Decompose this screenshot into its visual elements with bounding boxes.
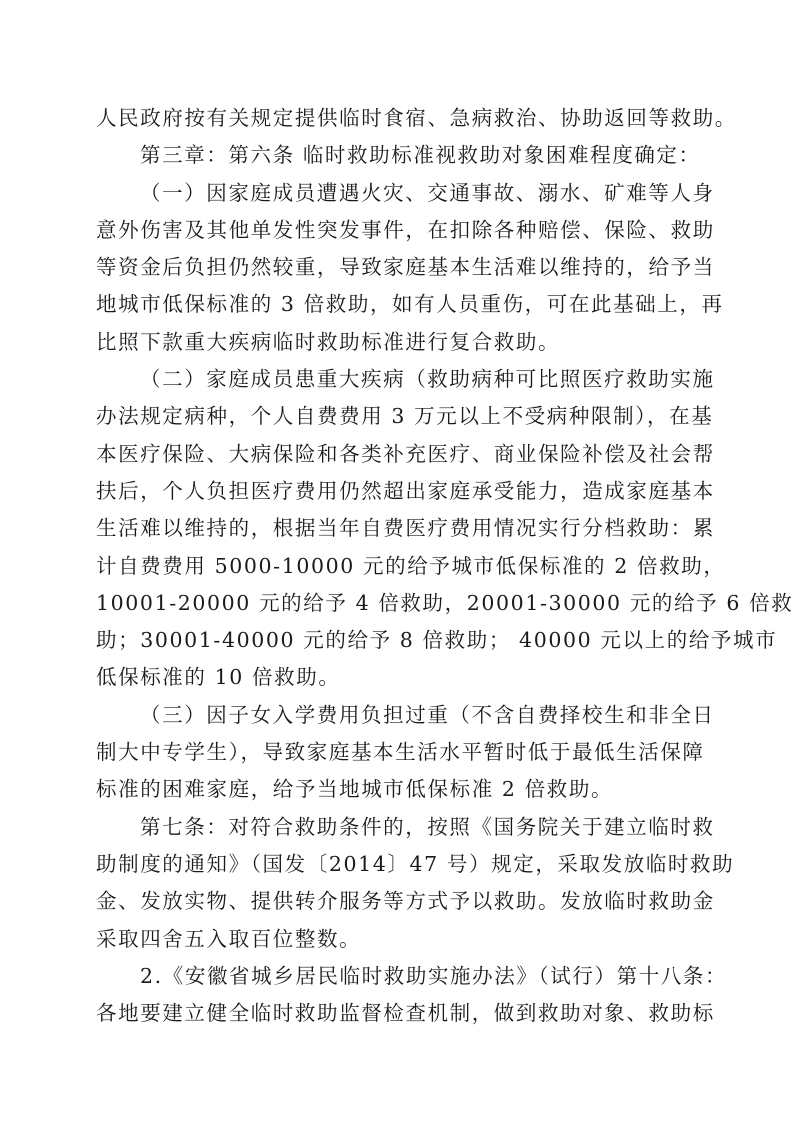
text-line: 比照下款重大疾病临时救助标准进行复合救助。 bbox=[96, 324, 702, 361]
text-line: 生活难以维持的，根据当年自费医疗费用情况实行分档救助：累 bbox=[96, 510, 702, 547]
text-line: 地城市低保标准的 3 倍救助，如有人员重伤，可在此基础上，再 bbox=[96, 286, 702, 323]
text-line: （二）家庭成员患重大疾病（救助病种可比照医疗救助实施 bbox=[96, 361, 702, 398]
text-line: 2.《安徽省城乡居民临时救助实施办法》（试行）第十八条： bbox=[96, 958, 702, 995]
text-line: 各地要建立健全临时救助监督检查机制，做到救助对象、救助标 bbox=[96, 995, 702, 1032]
text-line: 计自费费用 5000-10000 元的给予城市低保标准的 2 倍救助， bbox=[96, 548, 702, 585]
chapter-heading: 第三章：第六条 临时救助标准视救助对象困难程度确定： bbox=[96, 137, 702, 174]
text-line: 10001-20000 元的给予 4 倍救助，20001-30000 元的给予 … bbox=[96, 585, 702, 622]
text-line: 等资金后负担仍然较重，导致家庭基本生活难以维持的，给予当 bbox=[96, 249, 702, 286]
text-line: （三）因子女入学费用负担过重（不含自费择校生和非全日 bbox=[96, 697, 702, 734]
text-line: 扶后，个人负担医疗费用仍然超出家庭承受能力，造成家庭基本 bbox=[96, 473, 702, 510]
text-line: 采取四舍五入取百位整数。 bbox=[96, 921, 702, 958]
text-line: 意外伤害及其他单发性突发事件，在扣除各种赔偿、保险、救助 bbox=[96, 212, 702, 249]
text-line: 办法规定病种，个人自费费用 3 万元以上不受病种限制），在基 bbox=[96, 398, 702, 435]
text-line: 金、发放实物、提供转介服务等方式予以救助。发放临时救助金 bbox=[96, 883, 702, 920]
text-line: 低保标准的 10 倍救助。 bbox=[96, 659, 702, 696]
text-line: 助；30001-40000 元的给予 8 倍救助； 40000 元以上的给予城市 bbox=[96, 622, 702, 659]
text-line: 标准的困难家庭，给予当地城市低保标准 2 倍救助。 bbox=[96, 771, 702, 808]
text-line: 制大中专学生），导致家庭基本生活水平暂时低于最低生活保障 bbox=[96, 734, 702, 771]
text-line: 本医疗保险、大病保险和各类补充医疗、商业保险补偿及社会帮 bbox=[96, 436, 702, 473]
text-line: （一）因家庭成员遭遇火灾、交通事故、溺水、矿难等人身 bbox=[96, 175, 702, 212]
text-line: 助制度的通知》（国发〔2014〕47 号）规定，采取发放临时救助 bbox=[96, 846, 702, 883]
text-line: 人民政府按有关规定提供临时食宿、急病救治、协助返回等救助。 bbox=[96, 100, 702, 137]
document-page: 人民政府按有关规定提供临时食宿、急病救治、协助返回等救助。 第三章：第六条 临时… bbox=[96, 100, 702, 1032]
text-line: 第七条：对符合救助条件的，按照《国务院关于建立临时救 bbox=[96, 809, 702, 846]
